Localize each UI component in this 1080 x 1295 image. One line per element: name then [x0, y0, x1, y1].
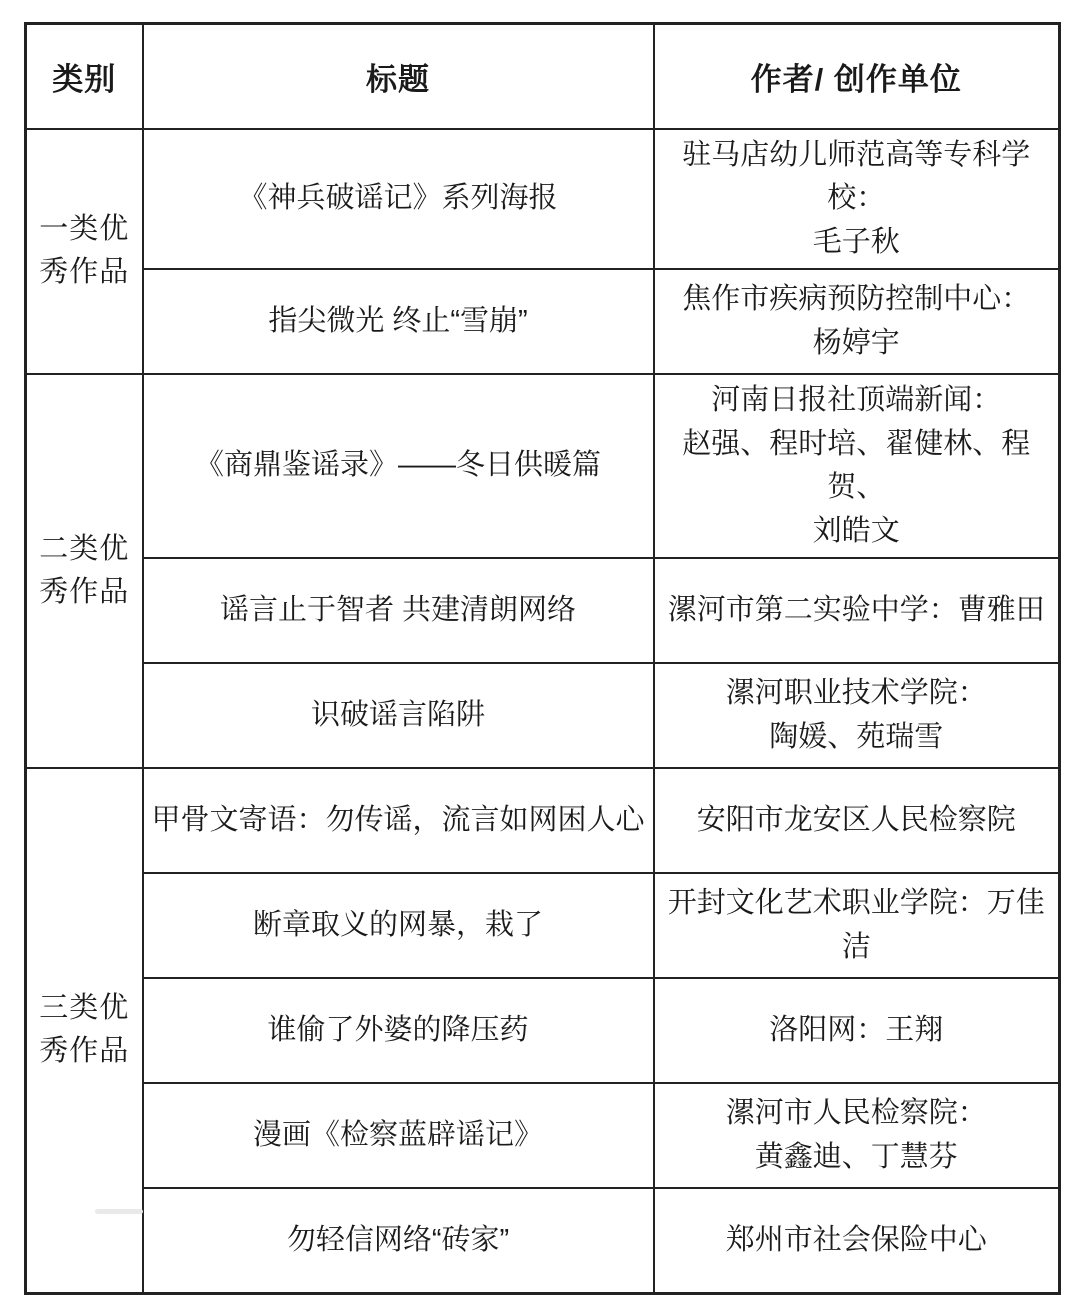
header-category: 类别	[26, 24, 143, 129]
document-page: { "page": { "background_color": "#ffffff…	[0, 0, 1080, 1231]
author-cell: 漯河职业技术学院： 陶媛、苑瑞雪	[654, 663, 1060, 768]
table-row-6: 三类优 秀作品 甲骨文寄语：勿传谣，流言如网困人心 安阳市龙安区人民检察院	[26, 768, 1060, 873]
author-cell: 驻马店幼儿师范高等专科学校： 毛子秋	[654, 129, 1060, 270]
category-cell-class2: 二类优 秀作品	[26, 374, 143, 768]
title-cell: 谣言止于智者 共建清朗网络	[143, 558, 654, 663]
author-cell: 漯河市第二实验中学：曹雅田	[654, 558, 1060, 663]
category-cell-class1: 一类优 秀作品	[26, 129, 143, 375]
awards-table: 类别 标题 作者/ 创作单位 一类优 秀作品 《神兵破谣记》系列海报 驻马店幼儿…	[24, 22, 1061, 1295]
scan-artifact	[95, 1209, 143, 1214]
header-title: 标题	[143, 24, 654, 129]
title-cell: 谁偷了外婆的降压药	[143, 978, 654, 1083]
title-cell: 《商鼎鉴谣录》——冬日供暖篇	[143, 374, 654, 558]
author-cell: 漯河市人民检察院： 黄鑫迪、丁慧芬	[654, 1083, 1060, 1188]
author-cell: 焦作市疾病预防控制中心： 杨婷宇	[654, 269, 1060, 374]
author-cell: 安阳市龙安区人民检察院	[654, 768, 1060, 873]
title-cell: 勿轻信网络“砖家”	[143, 1188, 654, 1293]
title-cell: 甲骨文寄语：勿传谣，流言如网困人心	[143, 768, 654, 873]
title-cell: 指尖微光 终止“雪崩”	[143, 269, 654, 374]
table-row-5: 识破谣言陷阱 漯河职业技术学院： 陶媛、苑瑞雪	[26, 663, 1060, 768]
title-cell: 识破谣言陷阱	[143, 663, 654, 768]
title-cell: 断章取义的网暴，栽了	[143, 873, 654, 978]
header-author: 作者/ 创作单位	[654, 24, 1060, 129]
author-cell: 开封文化艺术职业学院：万佳洁	[654, 873, 1060, 978]
author-cell: 河南日报社顶端新闻： 赵强、程时培、翟健林、程贺、 刘皓文	[654, 374, 1060, 558]
header-row: 类别 标题 作者/ 创作单位	[26, 24, 1060, 129]
table-row-8: 谁偷了外婆的降压药 洛阳网：王翔	[26, 978, 1060, 1083]
author-cell: 洛阳网：王翔	[654, 978, 1060, 1083]
author-cell: 郑州市社会保险中心	[654, 1188, 1060, 1293]
table-row-2: 指尖微光 终止“雪崩” 焦作市疾病预防控制中心： 杨婷宇	[26, 269, 1060, 374]
awards-table-container: 类别 标题 作者/ 创作单位 一类优 秀作品 《神兵破谣记》系列海报 驻马店幼儿…	[24, 22, 1058, 1295]
title-cell: 漫画《检察蓝辟谣记》	[143, 1083, 654, 1188]
table-row-1: 一类优 秀作品 《神兵破谣记》系列海报 驻马店幼儿师范高等专科学校： 毛子秋	[26, 129, 1060, 270]
category-cell-class3: 三类优 秀作品	[26, 768, 143, 1293]
table-row-7: 断章取义的网暴，栽了 开封文化艺术职业学院：万佳洁	[26, 873, 1060, 978]
table-row-3: 二类优 秀作品 《商鼎鉴谣录》——冬日供暖篇 河南日报社顶端新闻： 赵强、程时培…	[26, 374, 1060, 558]
title-cell: 《神兵破谣记》系列海报	[143, 129, 654, 270]
table-row-4: 谣言止于智者 共建清朗网络 漯河市第二实验中学：曹雅田	[26, 558, 1060, 663]
table-row-9: 漫画《检察蓝辟谣记》 漯河市人民检察院： 黄鑫迪、丁慧芬	[26, 1083, 1060, 1188]
table-row-10: 勿轻信网络“砖家” 郑州市社会保险中心	[26, 1188, 1060, 1293]
